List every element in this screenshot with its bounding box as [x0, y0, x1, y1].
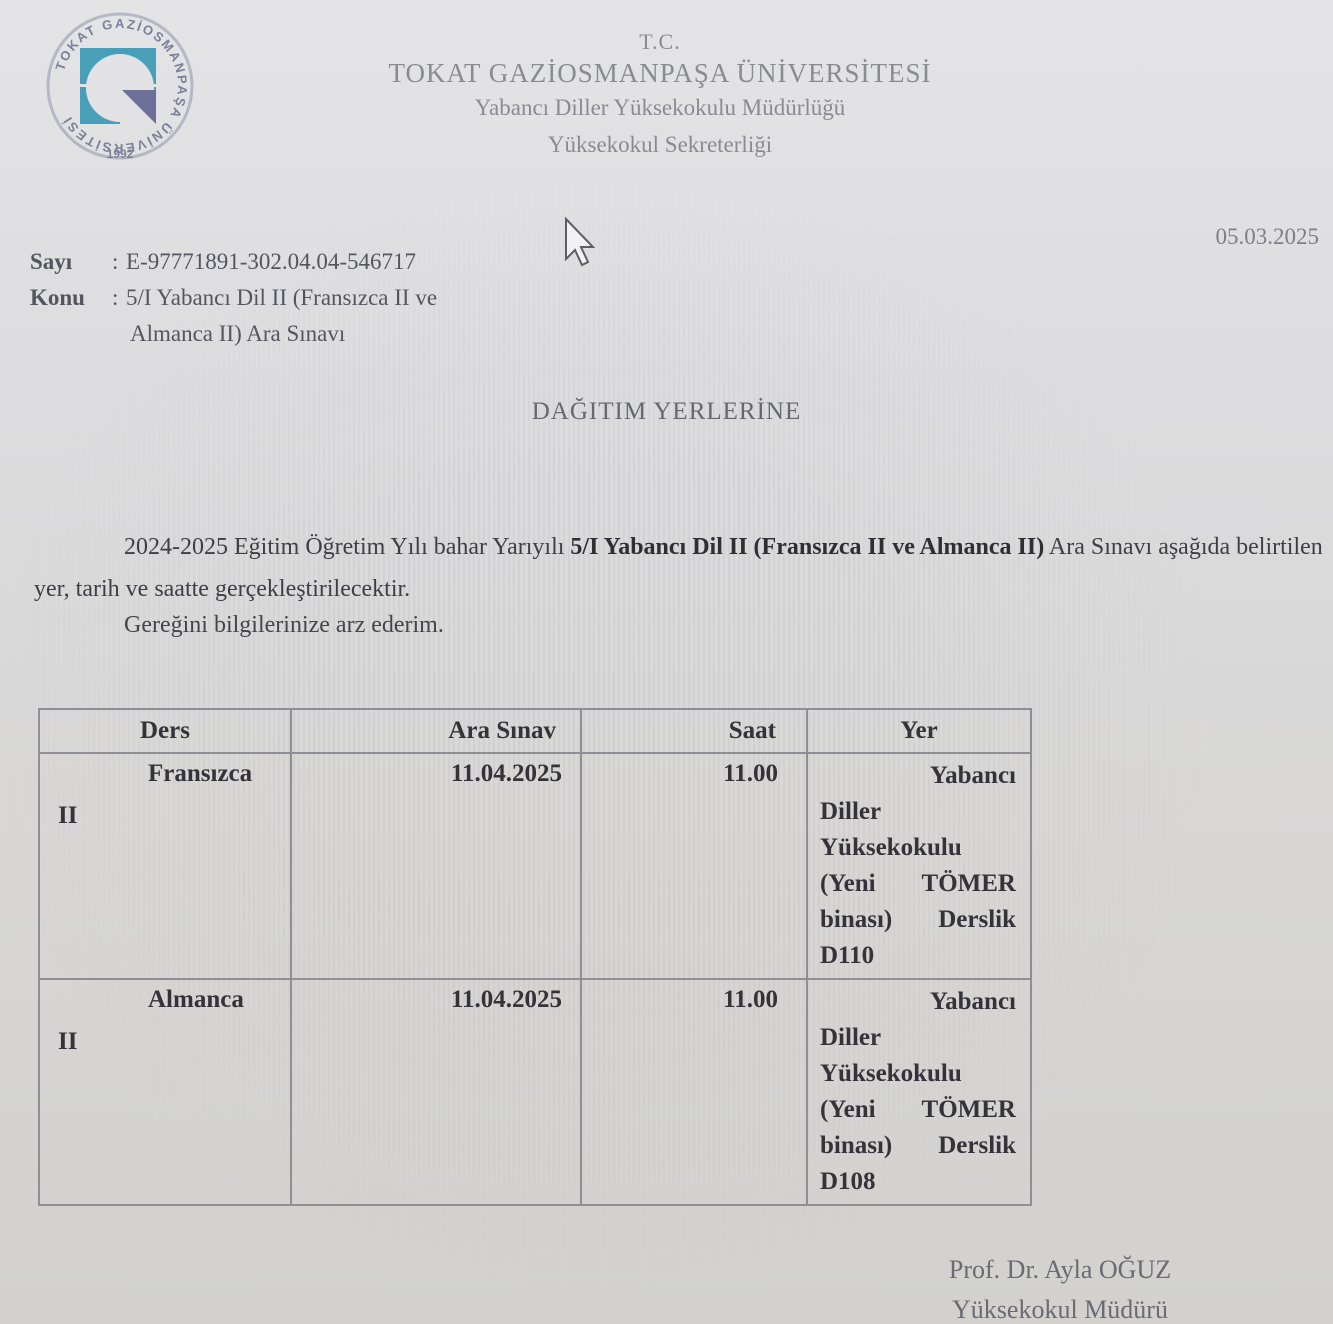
sayi-value: E-97771891-302.04.04-546717 — [126, 244, 416, 280]
document-meta: Sayı : E-97771891-302.04.04-546717 Konu … — [30, 244, 437, 352]
course-level: II — [58, 802, 77, 830]
table-row: Fransızca II 11.04.2025 11.00 Yabancı Di… — [39, 753, 1031, 979]
signatory-name: Prof. Dr. Ayla OĞUZ — [900, 1250, 1220, 1290]
document-date: 05.03.2025 — [1216, 224, 1320, 250]
table-header-row: Ders Ara Sınav Saat Yer — [39, 709, 1031, 753]
distribution-heading: DAĞITIM YERLERİNE — [0, 398, 1333, 426]
exam-place: Yabancı Diller Yüksekokulu (Yeni TÖMER b… — [807, 979, 1031, 1205]
signatory-title: Yüksekokul Müdürü — [900, 1290, 1220, 1324]
konu-line-2: Almanca II) Ara Sınavı — [30, 316, 437, 352]
konu-label: Konu — [30, 280, 112, 316]
exam-date: 11.04.2025 — [291, 979, 581, 1205]
exam-date: 11.04.2025 — [291, 753, 581, 979]
course-cell: Almanca II — [39, 979, 291, 1205]
body-paragraph: 2024-2025 Eğitim Öğretim Yılı bahar Yarı… — [34, 526, 1324, 610]
mouse-cursor-icon — [560, 215, 600, 271]
course-level: II — [58, 1028, 77, 1056]
place-first-word: Yabancı — [820, 758, 1016, 794]
header-unit: Yabancı Diller Yüksekokulu Müdürlüğü — [330, 90, 990, 126]
closing-sentence: Gereğini bilgilerinize arz ederim. — [124, 612, 444, 639]
header-tc: T.C. — [330, 28, 990, 56]
place-first-word: Yabancı — [820, 984, 1016, 1020]
logo-year: 1992 — [107, 147, 134, 161]
exam-time: 11.00 — [581, 753, 807, 979]
letterhead: T.C. TOKAT GAZİOSMANPAŞA ÜNİVERSİTESİ Ya… — [330, 28, 990, 164]
signature-block: Prof. Dr. Ayla OĞUZ Yüksekokul Müdürü — [900, 1250, 1220, 1324]
konu-line-1: 5/I Yabancı Dil II (Fransızca II ve — [126, 280, 437, 316]
body-course-bold: 5/I Yabancı Dil II (Fransızca II ve Alma… — [570, 534, 1044, 560]
table-row: Almanca II 11.04.2025 11.00 Yabancı Dill… — [39, 979, 1031, 1205]
column-header-yer: Yer — [807, 709, 1031, 753]
course-cell: Fransızca II — [39, 753, 291, 979]
place-rest: Diller Yüksekokulu (Yeni TÖMER binası) D… — [820, 1024, 1016, 1195]
sayi-row: Sayı : E-97771891-302.04.04-546717 — [30, 244, 437, 280]
konu-separator: : — [112, 280, 126, 316]
university-logo: TOKAT GAZİOSMANPAŞA ÜNİVERSİTESİ 1992 — [40, 6, 200, 166]
header-university: TOKAT GAZİOSMANPAŞA ÜNİVERSİTESİ — [330, 56, 990, 90]
column-header-saat: Saat — [581, 709, 807, 753]
course-name: Almanca — [148, 986, 244, 1014]
sayi-label: Sayı — [30, 244, 112, 280]
course-name: Fransızca — [148, 760, 252, 788]
header-office: Yüksekokul Sekreterliği — [330, 126, 990, 164]
body-part-1: 2024-2025 Eğitim Öğretim Yılı bahar Yarı… — [34, 534, 570, 560]
sayi-separator: : — [112, 244, 126, 280]
university-seal-icon: TOKAT GAZİOSMANPAŞA ÜNİVERSİTESİ 1992 — [40, 6, 200, 166]
column-header-ara-sinav: Ara Sınav — [291, 709, 581, 753]
exam-time: 11.00 — [581, 979, 807, 1205]
exam-place: Yabancı Diller Yüksekokulu (Yeni TÖMER b… — [807, 753, 1031, 979]
place-rest: Diller Yüksekokulu (Yeni TÖMER binası) D… — [820, 798, 1016, 969]
konu-row: Konu : 5/I Yabancı Dil II (Fransızca II … — [30, 280, 437, 316]
column-header-ders: Ders — [39, 709, 291, 753]
exam-schedule-table: Ders Ara Sınav Saat Yer Fransızca II 11.… — [38, 708, 1032, 1206]
